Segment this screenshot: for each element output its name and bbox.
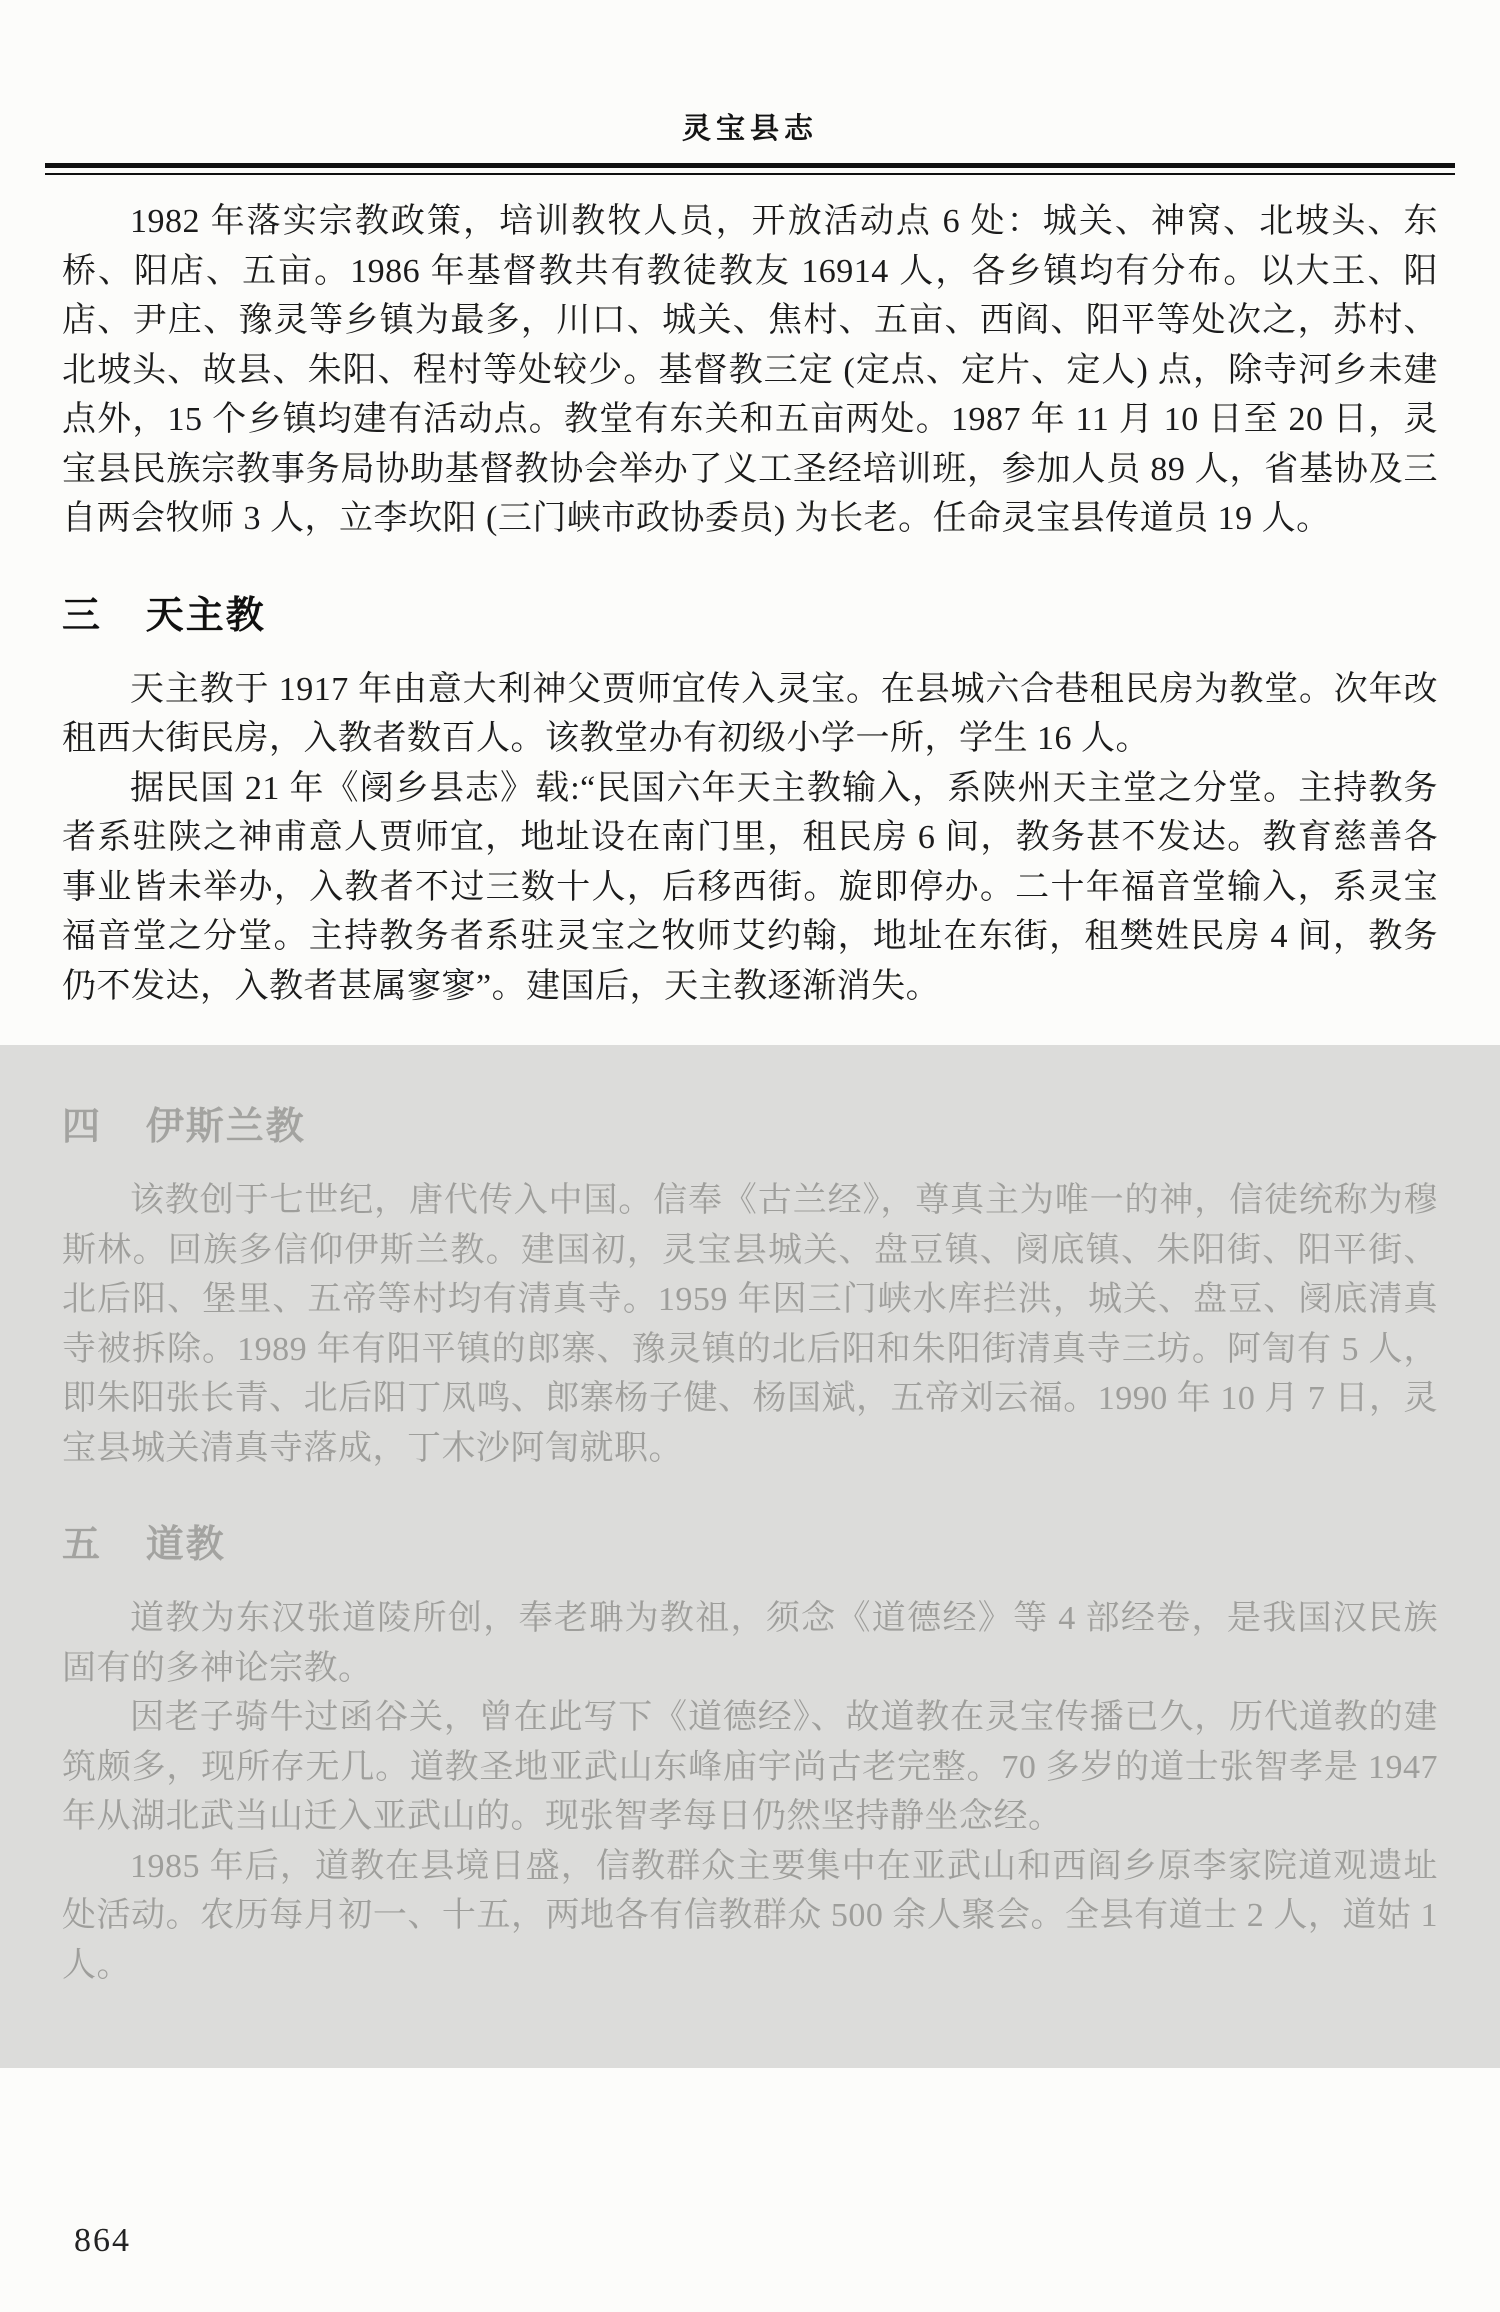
section-number: 四 bbox=[62, 1095, 102, 1150]
paragraph-catholicism-gazetteer-quote: 据民国 21 年《阌乡县志》载:“民国六年天主教输入，系陕州天主堂之分堂。主持教… bbox=[62, 764, 1438, 1012]
scanned-book-page: 灵宝县志 1982 年落实宗教政策，培训教牧人员，开放活动点 6 处：城关、神窝… bbox=[0, 0, 1500, 2312]
section-heading-islam: 四伊斯兰教 bbox=[62, 1095, 1438, 1150]
page-number: 864 bbox=[74, 2222, 131, 2260]
running-head-title: 灵宝县志 bbox=[0, 0, 1500, 147]
section-islam: 四伊斯兰教 该教创于七世纪，唐代传入中国。信奉《古兰经》，尊真主为唯一的神，信徒… bbox=[62, 1095, 1438, 1473]
section-title: 道教 bbox=[146, 1524, 226, 1566]
paragraph-taoism-origin: 道教为东汉张道陵所创，奉老聃为教祖，须念《道德经》等 4 部经卷，是我国汉民族固… bbox=[62, 1594, 1438, 1693]
section-number: 三 bbox=[62, 584, 102, 639]
paragraph-christianity-1982: 1982 年落实宗教政策，培训教牧人员，开放活动点 6 处：城关、神窝、北坡头、… bbox=[62, 197, 1438, 544]
section-title: 天主教 bbox=[146, 595, 266, 637]
rule-thin bbox=[45, 173, 1455, 175]
section-catholicism: 三天主教 天主教于 1917 年由意大利神父贾师宜传入灵宝。在县城六合巷租民房为… bbox=[62, 584, 1438, 1012]
section-heading-catholicism: 三天主教 bbox=[62, 584, 1438, 639]
paragraph-islam: 该教创于七世纪，唐代传入中国。信奉《古兰经》，尊真主为唯一的神，信徒统称为穆斯林… bbox=[62, 1176, 1438, 1473]
section-number: 五 bbox=[62, 1513, 102, 1568]
paragraph-taoism-1985: 1985 年后，道教在县境日盛，信教群众主要集中在亚武山和西阎乡原李家院道观遗址… bbox=[62, 1842, 1438, 1991]
section-title: 伊斯兰教 bbox=[146, 1106, 306, 1148]
header-double-rule bbox=[45, 163, 1455, 175]
paragraph-taoism-history: 因老子骑牛过函谷关，曾在此写下《道德经》、故道教在灵宝传播已久，历代道教的建筑颇… bbox=[62, 1693, 1438, 1842]
section-heading-taoism: 五道教 bbox=[62, 1513, 1438, 1568]
christianity-tail-block: 1982 年落实宗教政策，培训教牧人员，开放活动点 6 处：城关、神窝、北坡头、… bbox=[0, 197, 1500, 1011]
rule-thick bbox=[45, 163, 1455, 168]
faded-scan-region: 四伊斯兰教 该教创于七世纪，唐代传入中国。信奉《古兰经》，尊真主为唯一的神，信徒… bbox=[0, 1045, 1500, 2068]
section-taoism: 五道教 道教为东汉张道陵所创，奉老聃为教祖，须念《道德经》等 4 部经卷，是我国… bbox=[62, 1513, 1438, 1990]
paragraph-catholicism-intro: 天主教于 1917 年由意大利神父贾师宜传入灵宝。在县城六合巷租民房为教堂。次年… bbox=[62, 665, 1438, 764]
